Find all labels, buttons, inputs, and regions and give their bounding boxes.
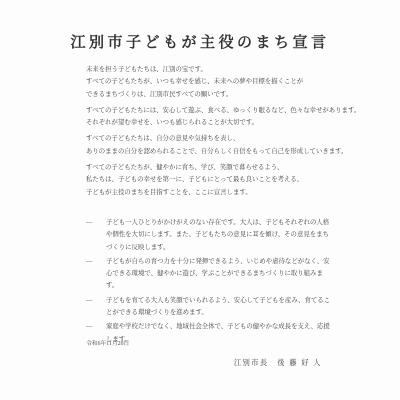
pledge-dash: ―: [86, 295, 106, 320]
declaration-document: 江別市子どもが主役のまち宣言 未来を担う子どもたちは、江別の宝です。 すべての子…: [0, 0, 400, 400]
paragraph-line: すべての子どもたちには、安心して遊ぶ、食べる、ゆっくり眠るなど、色々な幸せがあり…: [86, 105, 332, 117]
pledge-dash: ―: [86, 256, 106, 293]
paragraph-line: 子どもが主役のまちを目指すことを、ここに宣言します。: [86, 187, 332, 199]
paragraph-line: すべての子どもたちは、自分の意見や気持ちを表し、: [86, 133, 332, 145]
paragraph-line: 未来を担う子どもたちは、江別の宝です。: [86, 64, 332, 76]
date-line: 令和6年11月20日: [86, 338, 129, 347]
paragraph-line: できるまちづくりは、江別市民すべての願いです。: [86, 89, 332, 101]
intro-paragraph: すべての子どもたちには、安心して遊ぶ、食べる、ゆっくり眠るなど、色々な幸せがあり…: [86, 105, 332, 130]
pledge-text: 子どもが自らの育つ力を十分に発揮できるよう、いじめや虐待などがなく、安心できる環…: [106, 256, 332, 293]
intro-paragraph: すべての子どもたちは、自分の意見や気持ちを表し、 ありのままの自分を認められるこ…: [86, 133, 332, 158]
pledge-item: ― 子どもを育てる大人も笑顔でいられるよう、安心して子どもを産み、育てることがで…: [86, 295, 332, 320]
pledge-text: 家庭や学校だけでなく、地域社会全体で、子どもの健やかな成長を支え、応援します。: [106, 321, 332, 346]
paragraph-line: 私たちは、子どもの幸せを第一に、子どもにとって最も良いことを考える、: [86, 174, 332, 186]
pledge-list: ― 子ども一人ひとりがかけがえのない存在です。大人は、子どもそれぞれの人格や個性…: [86, 217, 332, 346]
paragraph-line: ありのままの自分を認められることで、自分らしく自信をもって自己を形成していきます…: [86, 146, 332, 158]
signature-line: 江別市長 後 藤 好 人: [234, 358, 322, 368]
paragraph-line: すべての子どもたちが、いつも幸せを感じ、未来への夢や目標を描くことが: [86, 76, 332, 88]
pledge-item: ― 子ども一人ひとりがかけがえのない存在です。大人は、子どもそれぞれの人格や個性…: [86, 217, 332, 254]
document-body: 未来を担う子どもたちは、江別の宝です。 すべての子どもたちが、いつも幸せを感じ、…: [86, 64, 332, 348]
pledge-item: ― 子どもが自らの育つ力を十分に発揮できるよう、いじめや虐待などがなく、安心でき…: [86, 256, 332, 293]
pledge-text: 子どもを育てる大人も笑顔でいられるよう、安心して子どもを産み、育てることができる…: [106, 295, 332, 320]
intro-paragraph: 未来を担う子どもたちは、江別の宝です。 すべての子どもたちが、いつも幸せを感じ、…: [86, 64, 332, 101]
paragraph-line: すべての子どもたちが、健やかに育ち、学び、笑顔で暮らせるよう、: [86, 162, 332, 174]
paragraph-line: それぞれが望む幸せを、いつも感じられることが大切です。: [86, 117, 332, 129]
intro-paragraph: すべての子どもたちが、健やかに育ち、学び、笑顔で暮らせるよう、 私たちは、子ども…: [86, 162, 332, 199]
pledge-text: 子ども一人ひとりがかけがえのない存在です。大人は、子どもそれぞれの人格や個性を大…: [106, 217, 332, 254]
pledge-dash: ―: [86, 217, 106, 254]
document-title: 江別市子どもが主役のまち宣言: [0, 31, 400, 52]
